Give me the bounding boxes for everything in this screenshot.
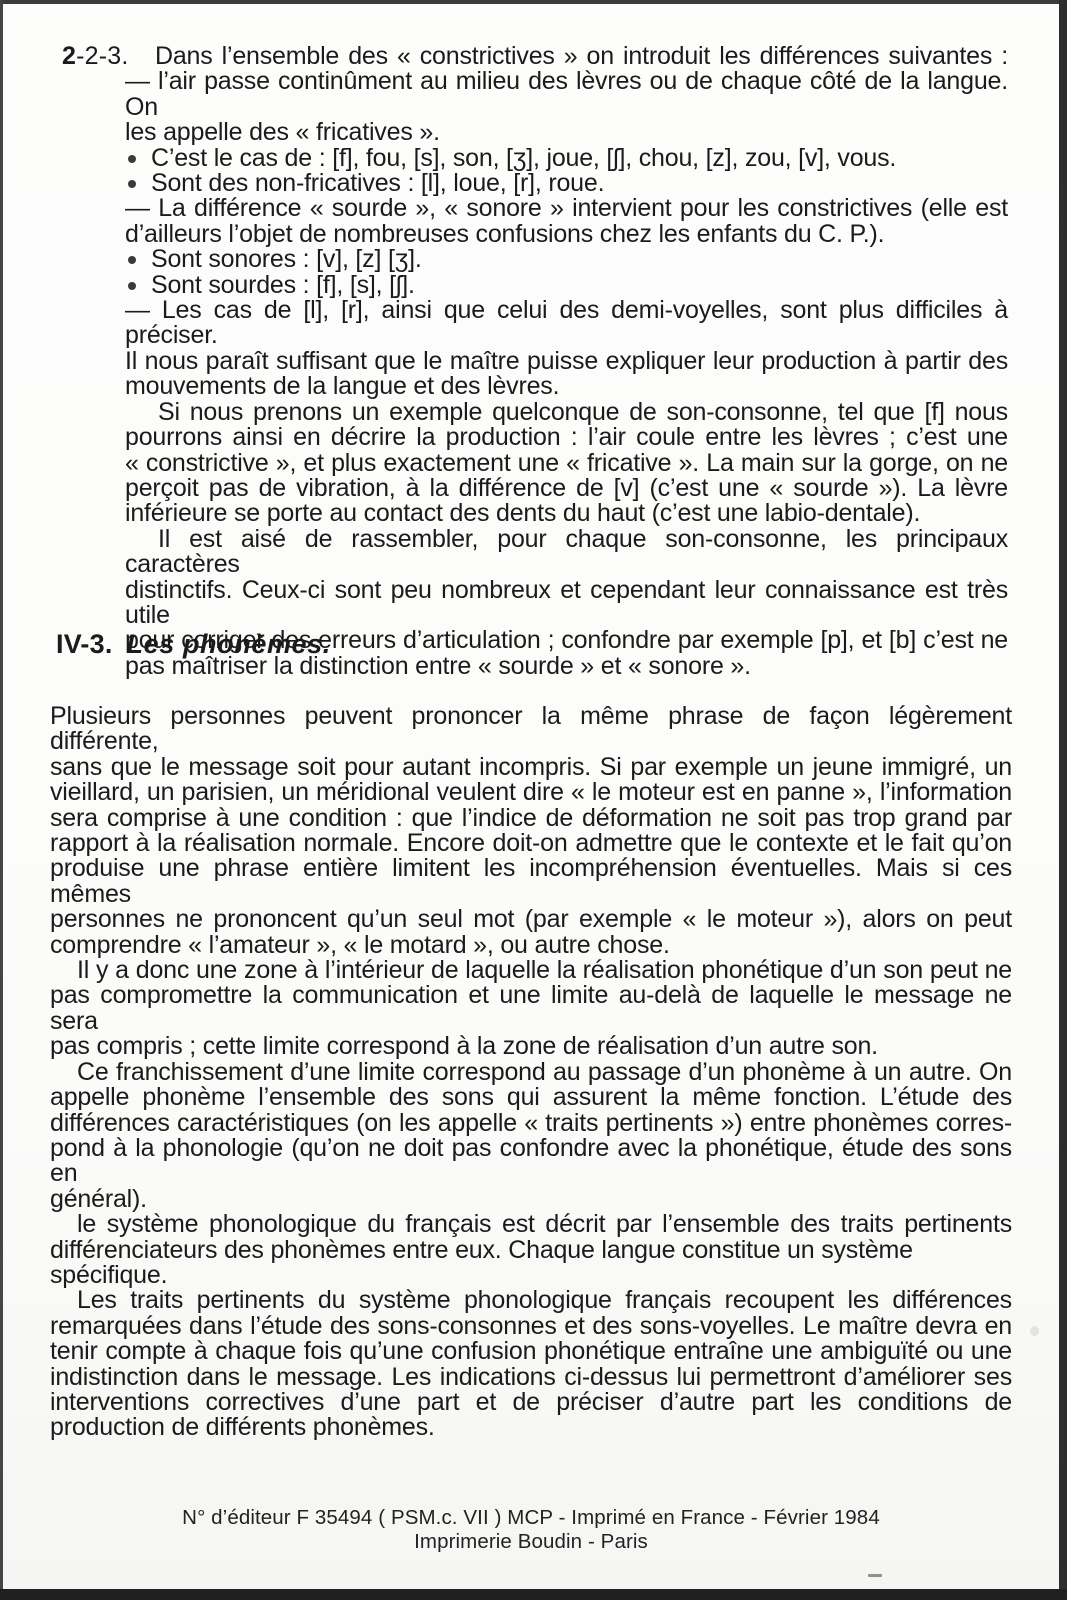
heading-title: Les phonèmes. [127,629,331,659]
text-line: Sont des non-fricatives : [l], loue, [r]… [125,171,1008,196]
bullet-dot-icon [128,256,136,264]
text-line: tenir compte à chaque fois qu’une confus… [50,1339,1012,1364]
text-line: production de différents phonèmes. [50,1415,1012,1440]
text-line: Il nous paraît suffisant que le maître p… [125,349,1008,374]
bullet-text: C’est le cas de : [f], fou, [s], son, [ʒ… [151,144,896,172]
text-line: inférieure se porte au contact des dents… [125,501,1008,526]
text-line: pourrons ainsi en décrire la production … [125,425,1008,450]
section-intro-line: 2-2-3.Dans l’ensemble des « constrictive… [62,44,1008,69]
imprint-line-2: Imprimerie Boudin - Paris [50,1530,1012,1554]
heading-number: IV-3. [56,629,113,659]
text-line: — La différence « sourde », « sonore » i… [125,196,1008,221]
text-line: « constrictive », et plus exactement une… [125,451,1008,476]
text-line: mouvements de la langue et des lèvres. [125,374,1008,399]
text-line: pas compromettre la communication et une… [50,983,1012,1034]
text-line: le système phonologique du français est … [50,1212,1012,1237]
bullet-text: Sont des non-fricatives : [l], loue, [r]… [151,169,604,197]
bullet-dot-icon [128,180,136,188]
text-line: appelle phonème l’ensemble des sons qui … [50,1085,1012,1110]
scan-artifact-dash [868,1574,882,1577]
text-line: pond à la phonologie (qu’on ne doit pas … [50,1136,1012,1187]
bullet-text: Sont sourdes : [f], [s], [ʃ]. [151,271,415,299]
scan-edge-top [0,0,1067,4]
bullet-dot-icon [128,155,136,163]
bullet-dot-icon [128,282,136,290]
section-les-phonemes: Plusieurs personnes peuvent prononcer la… [50,704,1012,1441]
text-line: — Les cas de [l], [r], ainsi que celui d… [125,298,1008,349]
scan-edge-bottom [0,1589,1067,1600]
text-line: Il est aisé de rassembler, pour chaque s… [125,527,1008,578]
text-line: remarquées dans l’étude des sons-consonn… [50,1314,1012,1339]
text-line: — l’air passe continûment au milieu des … [125,69,1008,120]
text-line: pas compris ; cette limite correspond à … [50,1034,1012,1059]
text-line: C’est le cas de : [f], fou, [s], son, [ʒ… [125,146,1008,171]
text-line: perçoit pas de vibration, à la différenc… [125,476,1008,501]
text-line: Si nous prenons un exemple quelconque de… [125,400,1008,425]
section-heading-iv-3: IV-3.Les phonèmes. [56,629,331,659]
text-line: interventions correctives d’une part et … [50,1390,1012,1415]
scan-edge-right [1059,0,1067,1600]
text-line: personnes ne prononcent qu’un seul mot (… [50,907,1012,932]
scanned-document-page: 2-2-3.Dans l’ensemble des « constrictive… [0,0,1067,1600]
section-intro-text: Dans l’ensemble des « constrictives » on… [155,42,1008,70]
imprint-line-1: N° d’éditeur F 35494 ( PSM.c. VII ) MCP … [50,1506,1012,1530]
text-line: différences caractéristiques (on les app… [50,1111,1012,1136]
text-line: Les traits pertinents du système phonolo… [50,1288,1012,1313]
section-number: 2-2-3. [62,44,129,69]
text-line: comprendre « l’amateur », « le motard »,… [50,933,1012,958]
text-line: Ce franchissement d’une limite correspon… [50,1060,1012,1085]
text-line: rapport à la réalisation normale. Encore… [50,831,1012,856]
text-line: d’ailleurs l’objet de nombreuses confusi… [125,222,1008,247]
text-line: différenciateurs des phonèmes entre eux.… [50,1238,1012,1289]
text-line: Sont sonores : [v], [z] [ʒ]. [125,247,1008,272]
scan-edge-left [0,0,3,1600]
text-line: Sont sourdes : [f], [s], [ʃ]. [125,273,1008,298]
text-line: sera comprise à une condition : que l’in… [50,806,1012,831]
scan-artifact-spot [1030,1326,1039,1336]
text-line: les appelle des « fricatives ». [125,120,1008,145]
text-line: indistinction dans le message. Les indic… [50,1365,1012,1390]
bullet-text: Sont sonores : [v], [z] [ʒ]. [151,245,422,273]
text-line: distinctifs. Ceux-ci sont peu nombreux e… [125,578,1008,629]
text-line: vieillard, un parisien, un méridional ve… [50,780,1012,805]
text-line: Il y a donc une zone à l’intérieur de la… [50,958,1012,983]
imprint-footer: N° d’éditeur F 35494 ( PSM.c. VII ) MCP … [50,1506,1012,1553]
text-line: Plusieurs personnes peuvent prononcer la… [50,704,1012,755]
text-line: général). [50,1187,1012,1212]
section-2-2-3: 2-2-3.Dans l’ensemble des « constrictive… [62,44,1008,679]
text-line: sans que le message soit pour autant inc… [50,755,1012,780]
text-line: produise une phrase entière limitent les… [50,856,1012,907]
